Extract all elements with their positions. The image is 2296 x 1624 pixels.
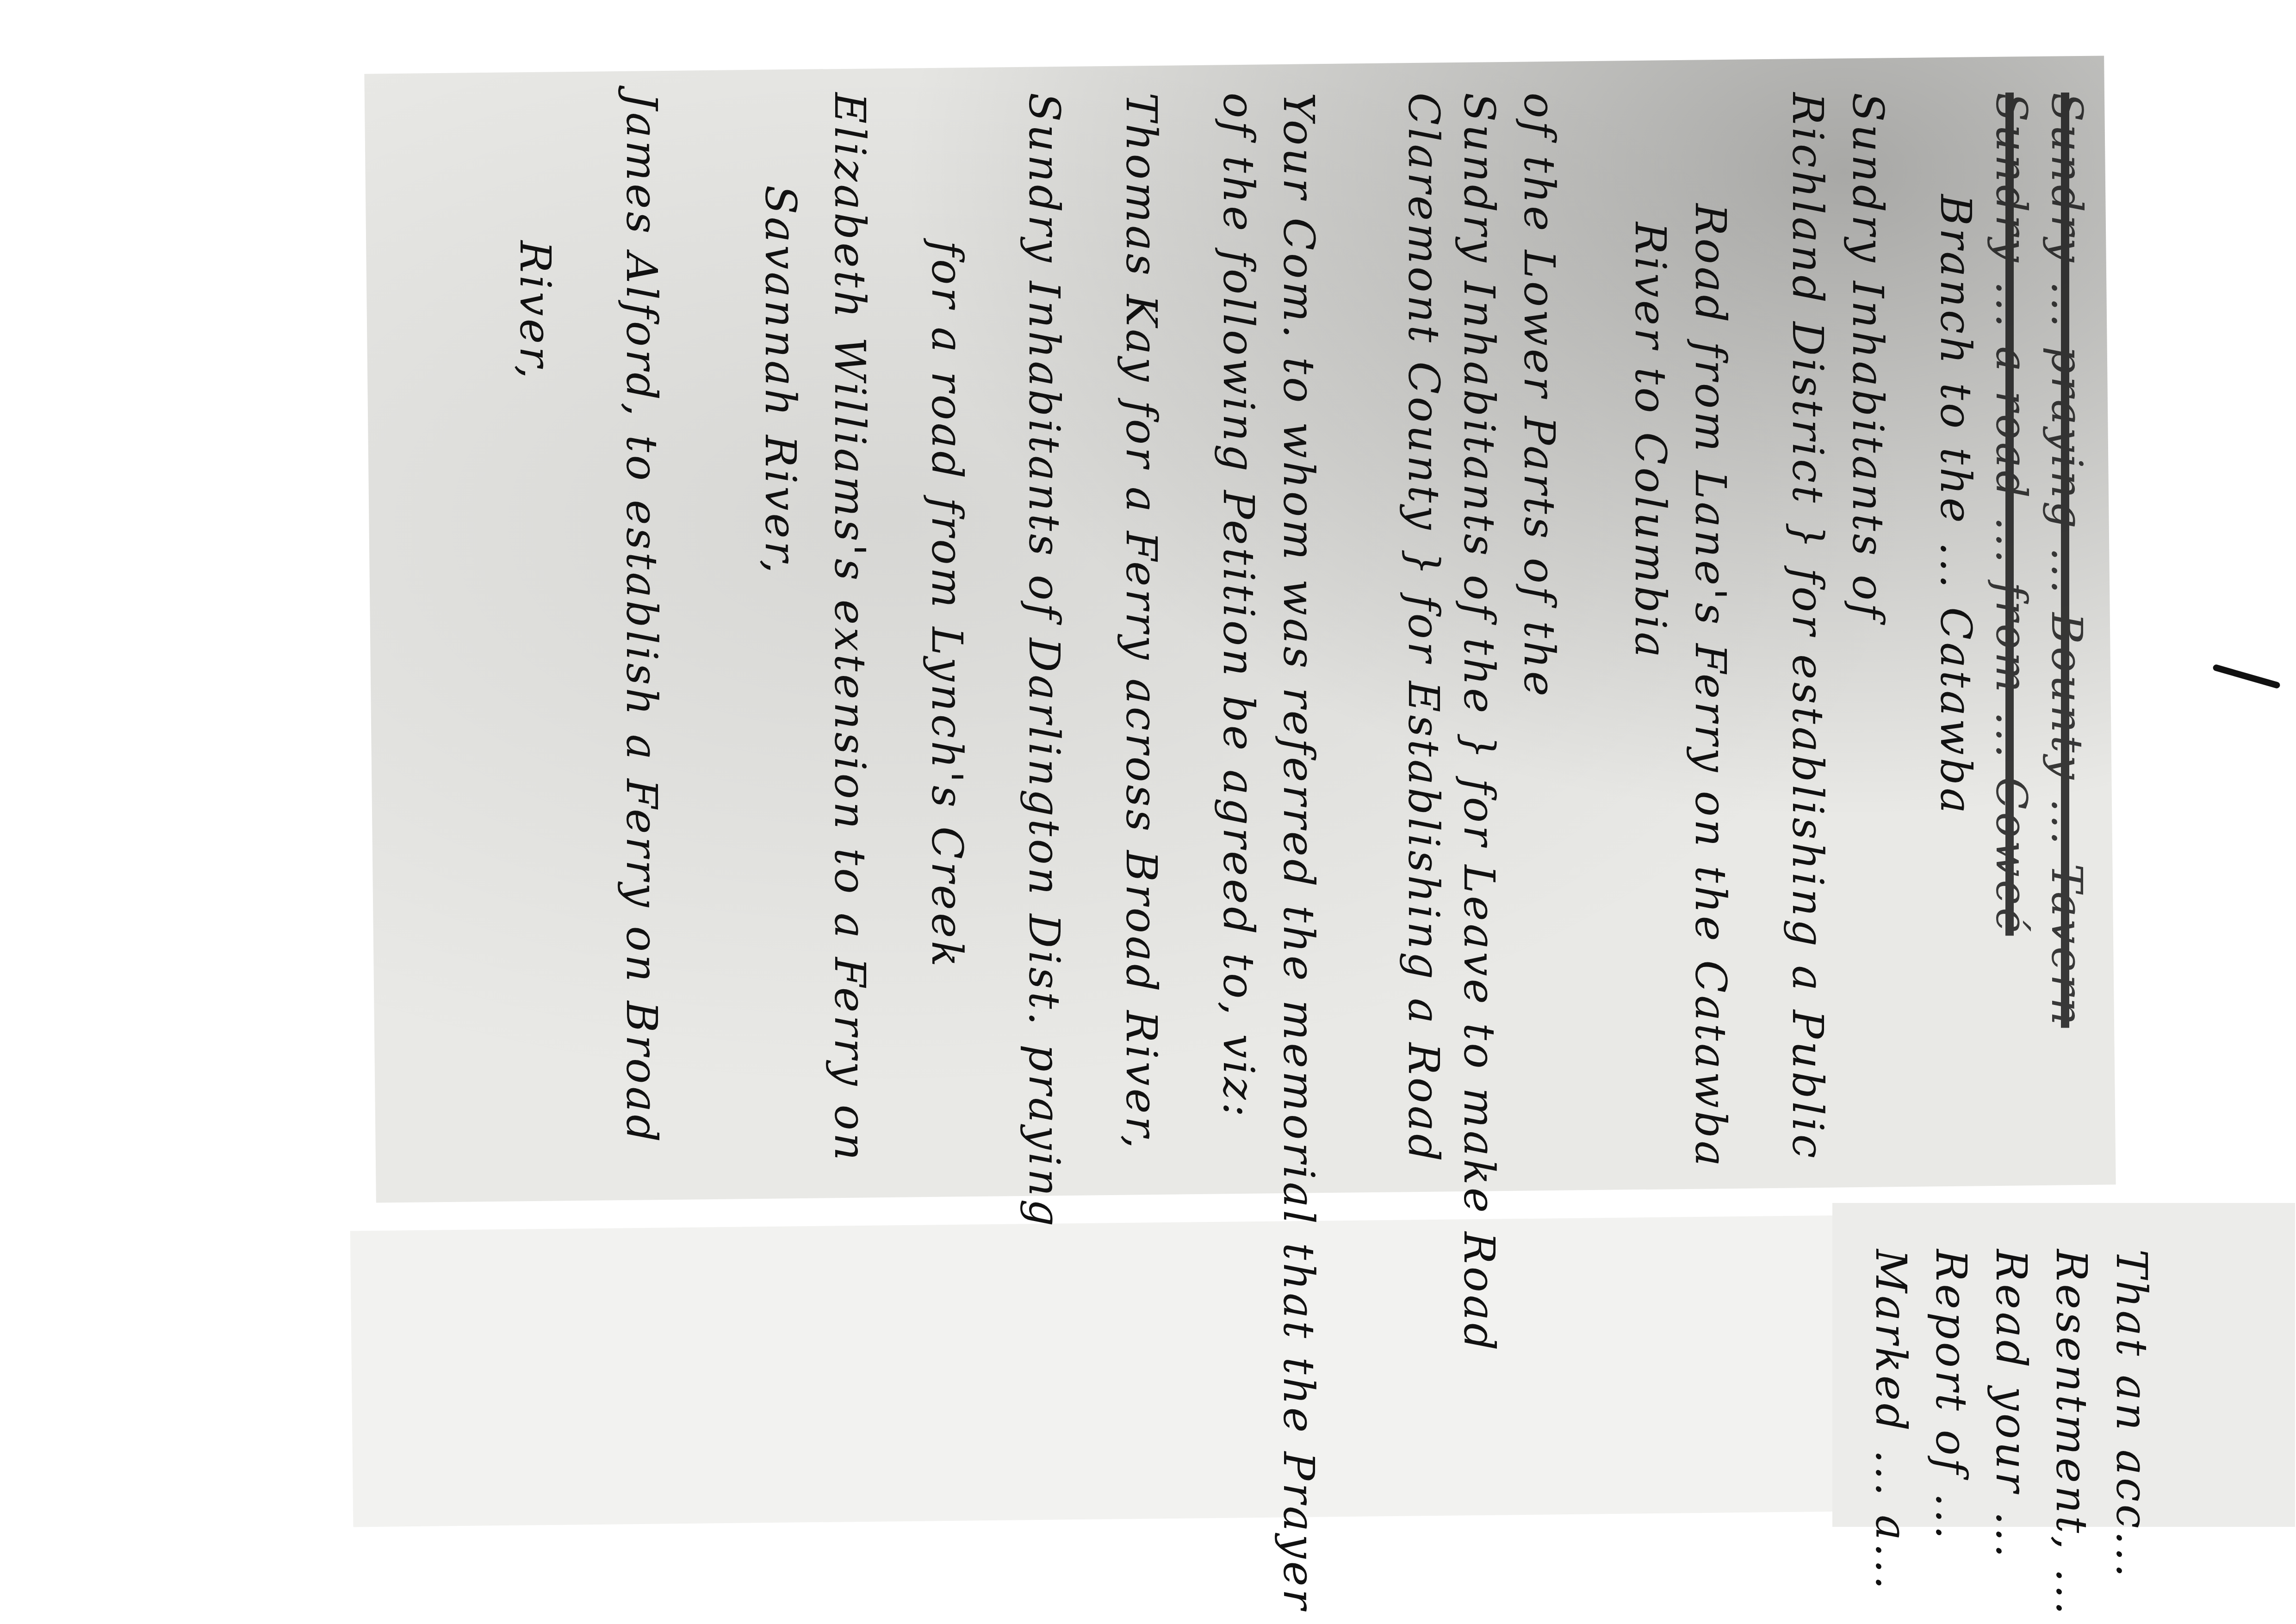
fragment-line-2: Resentment, ... xyxy=(2050,1249,2092,1618)
manuscript-line-17: Savannah River, xyxy=(759,185,801,576)
manuscript-line-12: of the following Petition be agreed to, … xyxy=(1217,93,1260,1120)
manuscript-line-18: James Alford, to establish a Ferry on Br… xyxy=(620,93,663,1145)
manuscript-line-19: River, xyxy=(514,241,556,381)
struck-line-2: Sundry ... a road ... from ... Coweé xyxy=(1990,93,2032,936)
manuscript-line-5: Richland District } for establishing a P… xyxy=(1786,93,1829,1161)
manuscript-line-6: Road from Lane's Ferry on the Catawba xyxy=(1689,204,1731,1169)
fragment-line-5: Marked ... a... xyxy=(1869,1249,1912,1592)
manuscript-line-7: River to Columbia xyxy=(1629,222,1671,660)
fragment-line-1: That an acc... xyxy=(2110,1249,2153,1580)
manuscript-line-8: of the Lower Parts of the xyxy=(1518,93,1560,699)
struck-line-1: Sundry ... praying ... Bounty ... Tavern xyxy=(2045,93,2088,1028)
fragment-line-3: Read your ... xyxy=(1990,1249,2032,1560)
manuscript-line-11: Your Com. to whom was referred the memor… xyxy=(1277,93,1320,1612)
manuscript-line-16: Elizabeth Williams's extension to a Ferr… xyxy=(828,93,871,1163)
manuscript-line-3: Branch to the ... Catawba xyxy=(1934,194,1977,816)
manuscript-line-13: Thomas Kay for a Ferry across Broad Rive… xyxy=(1120,93,1162,1151)
manuscript-line-15: for a road from Lynch's Creek xyxy=(925,241,968,969)
manuscript-line-9: Sundry Inhabitants of the } for Leave to… xyxy=(1458,93,1500,1353)
fragment-line-4: Report of ... xyxy=(1930,1249,1972,1542)
manuscript-line-4: Sundry Inhabitants of xyxy=(1846,93,1889,622)
manuscript-line-14: Sundry Inhabitants of Darlington Dist. p… xyxy=(1023,93,1065,1229)
stray-pen-mark xyxy=(2212,664,2281,689)
manuscript-line-10: Claremont County } for Establishing a Ro… xyxy=(1402,93,1445,1164)
